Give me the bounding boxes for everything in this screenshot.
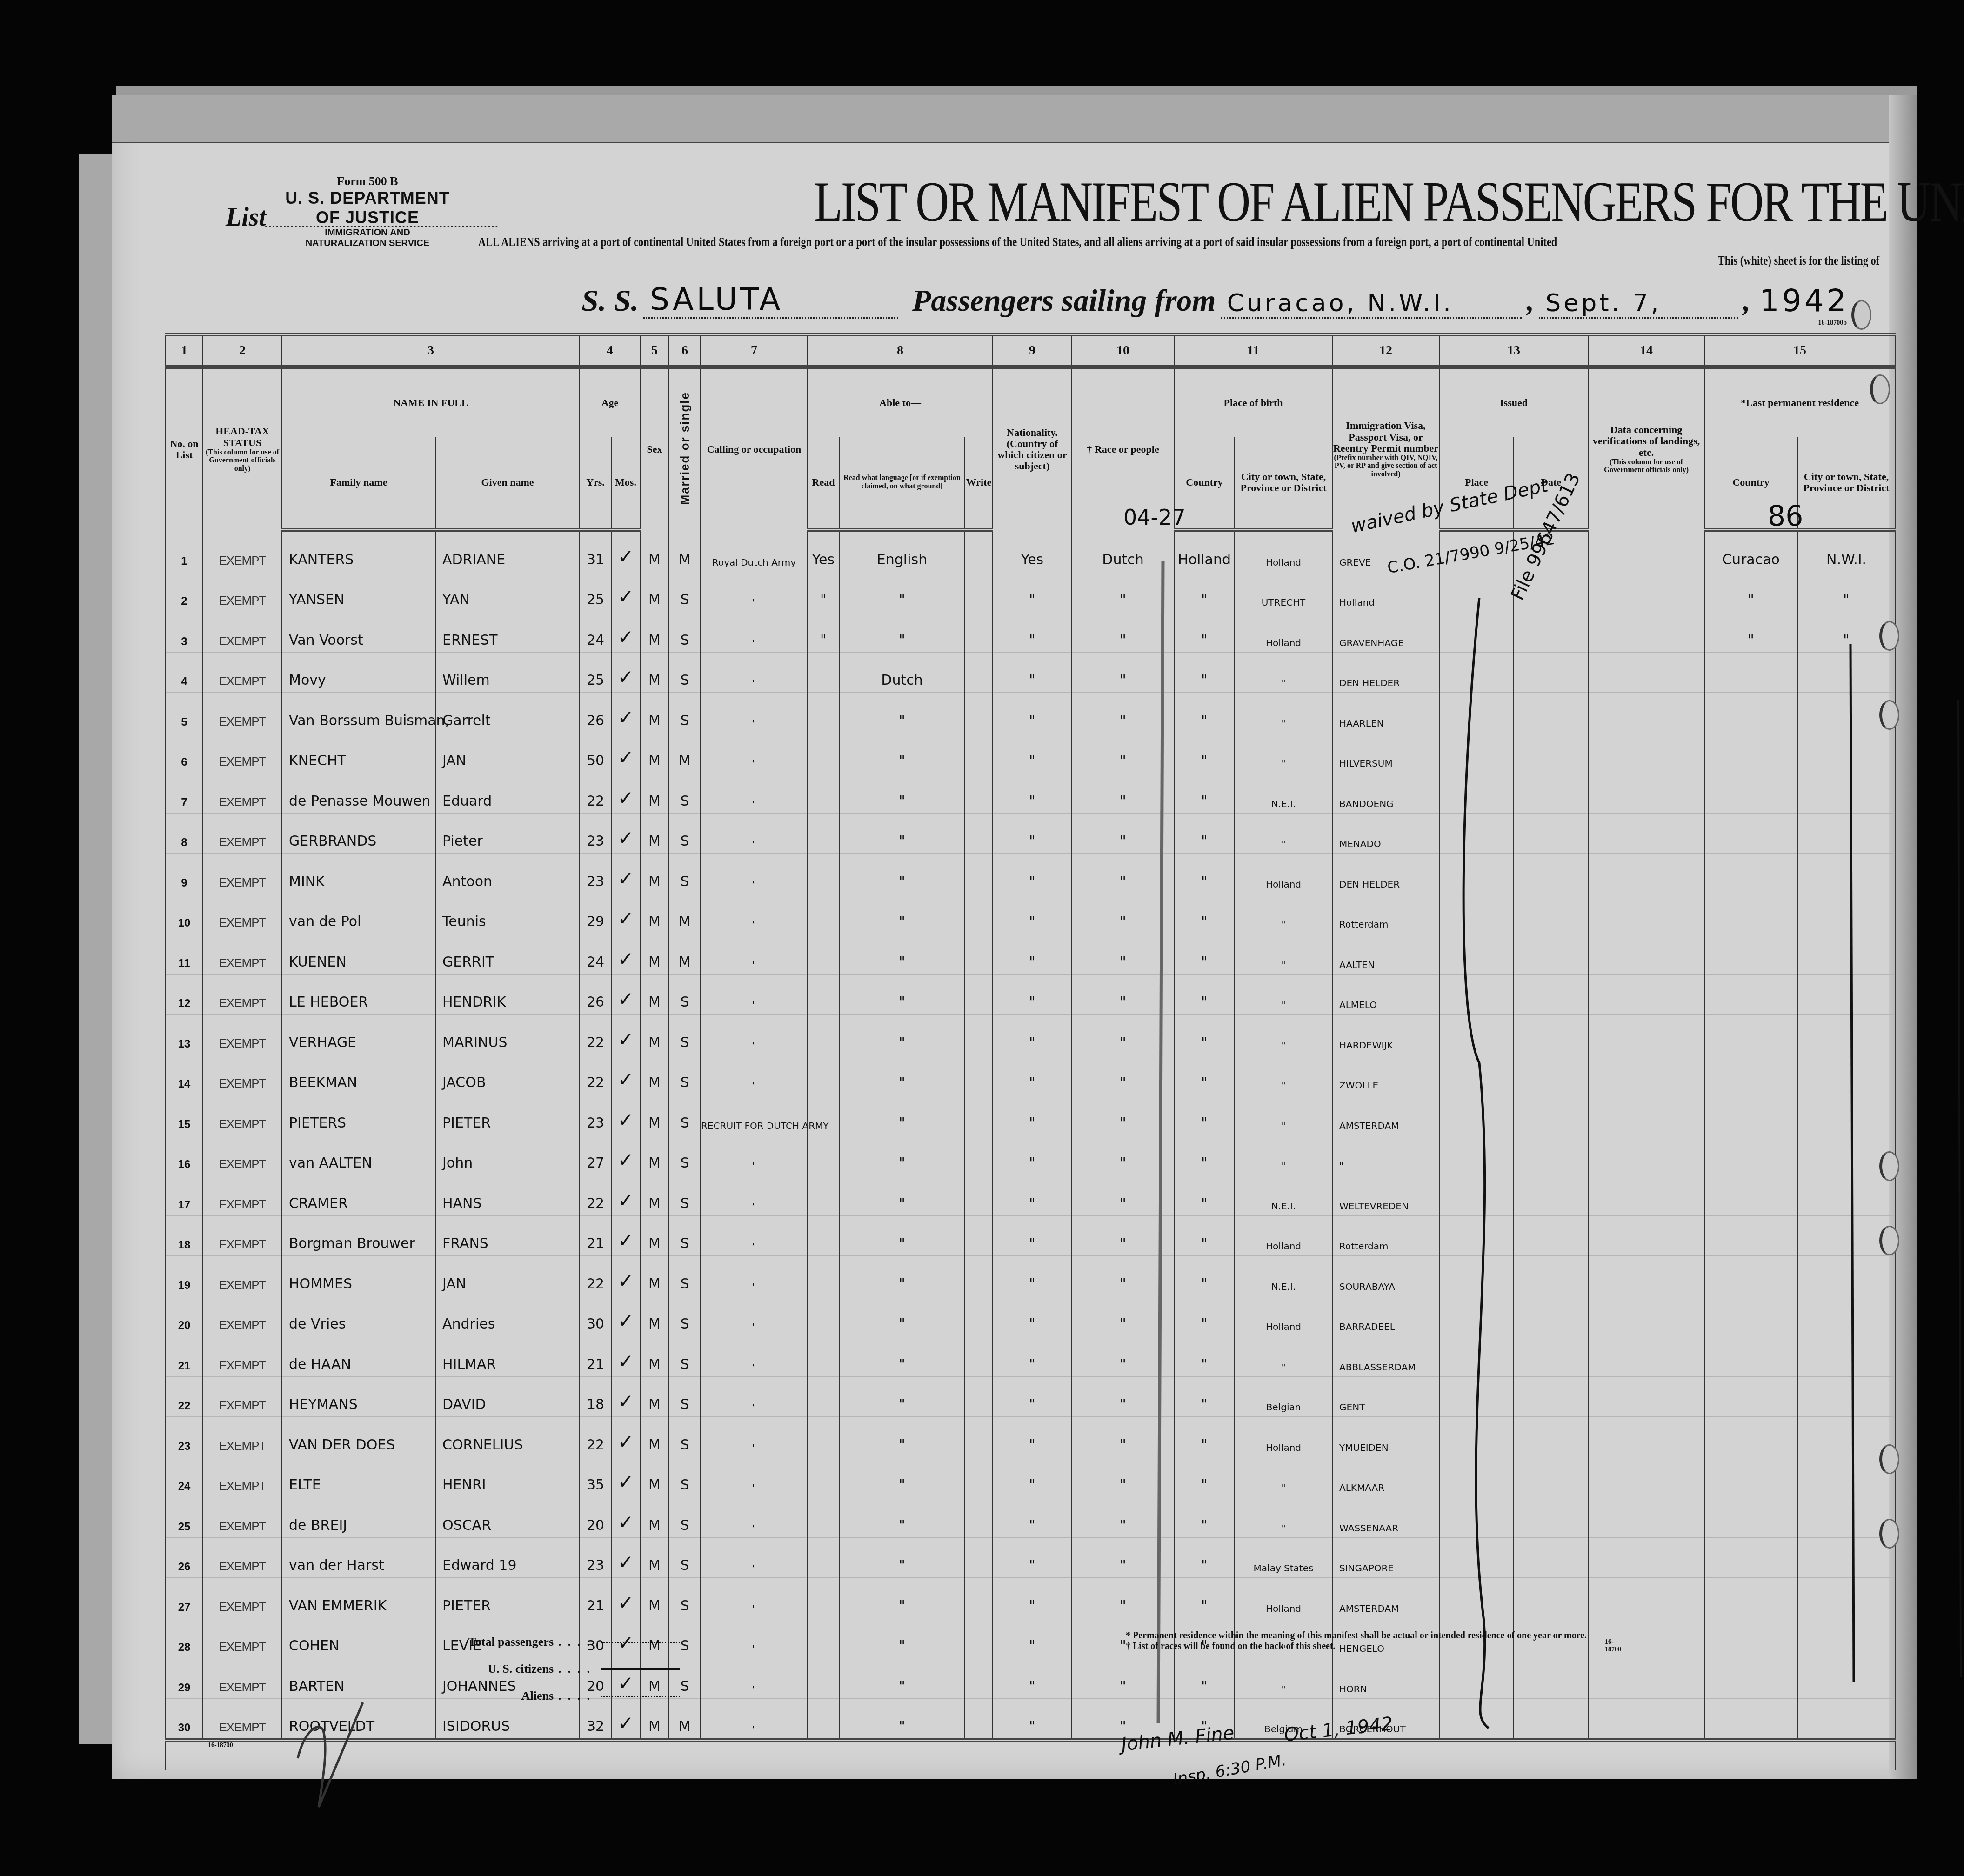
age-years[interactable]: 31	[580, 530, 611, 572]
spacer[interactable]	[965, 652, 993, 693]
head-tax-status[interactable]: EXEMPT	[203, 1618, 282, 1658]
sex[interactable]: M	[640, 1578, 669, 1618]
head-tax-status[interactable]: EXEMPT	[203, 1457, 282, 1497]
family-name[interactable]: HEYMANS	[282, 1376, 435, 1417]
can-read[interactable]: Yes	[808, 530, 839, 572]
birth-country[interactable]: Holland	[1235, 1215, 1332, 1256]
birth-country[interactable]: "	[1235, 974, 1332, 1015]
read-language[interactable]: "	[839, 1296, 965, 1336]
occupation[interactable]: "	[701, 1015, 808, 1055]
residence-country[interactable]	[1704, 974, 1797, 1015]
family-name[interactable]: de Vries	[282, 1296, 435, 1336]
can-read[interactable]: "	[808, 572, 839, 612]
residence-country[interactable]	[1704, 1095, 1797, 1135]
birth-country[interactable]: "	[1235, 934, 1332, 975]
birth-city[interactable]: Holland	[1332, 572, 1439, 612]
sex[interactable]: M	[640, 530, 669, 572]
occupation[interactable]: "	[701, 693, 808, 733]
marital-status[interactable]: S	[669, 1296, 701, 1336]
age-years[interactable]: 26	[580, 974, 611, 1015]
given-name[interactable]: YAN	[435, 572, 580, 612]
birth-city[interactable]: SINGAPORE	[1332, 1537, 1439, 1578]
occupation[interactable]: "	[701, 1537, 808, 1578]
row-number[interactable]: 19	[166, 1256, 203, 1296]
row-number[interactable]: 3	[166, 612, 203, 653]
race-or-people[interactable]: "	[1174, 1055, 1235, 1095]
issued-date[interactable]	[1588, 652, 1704, 693]
issued-place[interactable]	[1514, 854, 1588, 894]
head-tax-status[interactable]: EXEMPT	[203, 1698, 282, 1740]
birth-city[interactable]: GENT	[1332, 1376, 1439, 1417]
age-years[interactable]: 50	[580, 733, 611, 773]
issued-date[interactable]	[1588, 1336, 1704, 1377]
race-or-people[interactable]: "	[1174, 572, 1235, 612]
birth-city[interactable]: BANDOENG	[1332, 773, 1439, 814]
issued-place[interactable]	[1514, 1336, 1588, 1377]
read-language[interactable]: "	[839, 974, 965, 1015]
residence-country[interactable]	[1704, 1256, 1797, 1296]
residence-country[interactable]	[1704, 1055, 1797, 1095]
marital-status[interactable]: S	[669, 612, 701, 653]
marital-status[interactable]: M	[669, 530, 701, 572]
can-read[interactable]	[808, 693, 839, 733]
given-name[interactable]: DAVID	[435, 1376, 580, 1417]
sex[interactable]: M	[640, 813, 669, 854]
birth-city[interactable]: WELTEVREDEN	[1332, 1175, 1439, 1216]
row-number[interactable]: 21	[166, 1336, 203, 1377]
can-read[interactable]	[808, 1376, 839, 1417]
sex[interactable]: M	[640, 934, 669, 975]
can-read[interactable]	[808, 652, 839, 693]
birth-country[interactable]: "	[1235, 693, 1332, 733]
issued-place[interactable]	[1514, 1095, 1588, 1135]
row-number[interactable]: 2	[166, 572, 203, 612]
given-name[interactable]: MARINUS	[435, 1015, 580, 1055]
family-name[interactable]: de Penasse Mouwen	[282, 773, 435, 814]
can-read[interactable]	[808, 1055, 839, 1095]
given-name[interactable]: Andries	[435, 1296, 580, 1336]
spacer[interactable]	[965, 1256, 993, 1296]
read-language[interactable]: "	[839, 1215, 965, 1256]
head-tax-status[interactable]: EXEMPT	[203, 1658, 282, 1699]
family-name[interactable]: Borgman Brouwer	[282, 1215, 435, 1256]
sex[interactable]: M	[640, 894, 669, 934]
issued-place[interactable]	[1514, 1015, 1588, 1055]
residence-country[interactable]	[1704, 1537, 1797, 1578]
birth-city[interactable]: DEN HELDER	[1332, 854, 1439, 894]
can-read[interactable]	[808, 773, 839, 814]
head-tax-status[interactable]: EXEMPT	[203, 733, 282, 773]
residence-country[interactable]	[1704, 1698, 1797, 1740]
marital-status[interactable]: M	[669, 934, 701, 975]
race-or-people[interactable]: "	[1174, 1135, 1235, 1175]
family-name[interactable]: GERBRANDS	[282, 813, 435, 854]
race-or-people[interactable]: "	[1174, 1497, 1235, 1538]
row-number[interactable]: 22	[166, 1376, 203, 1417]
birth-country[interactable]: "	[1235, 1336, 1332, 1377]
issued-date[interactable]	[1588, 733, 1704, 773]
issued-place[interactable]	[1514, 1497, 1588, 1538]
given-name[interactable]: GERRIT	[435, 934, 580, 975]
can-write[interactable]: "	[993, 813, 1072, 854]
row-number[interactable]: 11	[166, 934, 203, 975]
residence-country[interactable]: "	[1704, 612, 1797, 653]
can-read[interactable]	[808, 894, 839, 934]
birth-country[interactable]: Holland	[1235, 854, 1332, 894]
age-years[interactable]: 22	[580, 1417, 611, 1457]
spacer[interactable]	[965, 1658, 993, 1699]
issued-place[interactable]	[1514, 934, 1588, 975]
spacer[interactable]	[965, 1015, 993, 1055]
marital-status[interactable]: S	[669, 1497, 701, 1538]
given-name[interactable]: Antoon	[435, 854, 580, 894]
row-number[interactable]: 5	[166, 693, 203, 733]
spacer[interactable]	[965, 1055, 993, 1095]
sex[interactable]: M	[640, 974, 669, 1015]
residence-country[interactable]	[1704, 1497, 1797, 1538]
can-write[interactable]: "	[993, 1457, 1072, 1497]
can-write[interactable]: "	[993, 1537, 1072, 1578]
list-number-field[interactable]	[265, 226, 498, 227]
issued-place[interactable]	[1514, 1215, 1588, 1256]
given-name[interactable]: OSCAR	[435, 1497, 580, 1538]
age-years[interactable]: 22	[580, 1256, 611, 1296]
sex[interactable]: M	[640, 1175, 669, 1216]
birth-city[interactable]: YMUEIDEN	[1332, 1417, 1439, 1457]
spacer[interactable]	[965, 974, 993, 1015]
family-name[interactable]: ELTE	[282, 1457, 435, 1497]
birth-country[interactable]: "	[1235, 813, 1332, 854]
row-number[interactable]: 7	[166, 773, 203, 814]
birth-city[interactable]: AMSTERDAM	[1332, 1578, 1439, 1618]
row-number[interactable]: 1	[166, 530, 203, 572]
family-name[interactable]: YANSEN	[282, 572, 435, 612]
birth-country[interactable]: "	[1235, 894, 1332, 934]
sailing-from[interactable]: Curacao, N.W.I.	[1221, 289, 1522, 319]
issued-place[interactable]	[1514, 1055, 1588, 1095]
race-or-people[interactable]: "	[1174, 1578, 1235, 1618]
can-read[interactable]	[808, 1175, 839, 1216]
read-language[interactable]: "	[839, 1015, 965, 1055]
head-tax-status[interactable]: EXEMPT	[203, 1336, 282, 1377]
can-read[interactable]	[808, 1215, 839, 1256]
spacer[interactable]	[965, 1095, 993, 1135]
can-read[interactable]	[808, 974, 839, 1015]
occupation[interactable]: "	[701, 733, 808, 773]
occupation[interactable]: "	[701, 1055, 808, 1095]
row-number[interactable]: 12	[166, 974, 203, 1015]
can-write[interactable]: "	[993, 693, 1072, 733]
age-years[interactable]: 25	[580, 652, 611, 693]
issued-date[interactable]	[1588, 894, 1704, 934]
occupation[interactable]: "	[701, 934, 808, 975]
issued-place[interactable]	[1514, 974, 1588, 1015]
can-write[interactable]: "	[993, 1135, 1072, 1175]
row-number[interactable]: 9	[166, 854, 203, 894]
family-name[interactable]: PIETERS	[282, 1095, 435, 1135]
can-read[interactable]	[808, 1256, 839, 1296]
can-write[interactable]: "	[993, 974, 1072, 1015]
can-read[interactable]	[808, 733, 839, 773]
occupation[interactable]: "	[701, 1296, 808, 1336]
residence-country[interactable]	[1704, 1336, 1797, 1377]
read-language[interactable]: "	[839, 1175, 965, 1216]
read-language[interactable]: "	[839, 1376, 965, 1417]
occupation[interactable]: "	[701, 894, 808, 934]
issued-place[interactable]	[1514, 1175, 1588, 1216]
head-tax-status[interactable]: EXEMPT	[203, 652, 282, 693]
read-language[interactable]: "	[839, 1658, 965, 1699]
can-write[interactable]: "	[993, 1497, 1072, 1538]
read-language[interactable]: "	[839, 1698, 965, 1740]
row-number[interactable]: 13	[166, 1015, 203, 1055]
issued-date[interactable]	[1588, 1537, 1704, 1578]
can-read[interactable]	[808, 1537, 839, 1578]
marital-status[interactable]: S	[669, 1578, 701, 1618]
race-or-people[interactable]: "	[1174, 854, 1235, 894]
occupation[interactable]: "	[701, 813, 808, 854]
issued-date[interactable]	[1588, 572, 1704, 612]
birth-country[interactable]: Holland	[1235, 1296, 1332, 1336]
race-or-people[interactable]: "	[1174, 1417, 1235, 1457]
family-name[interactable]: CRAMER	[282, 1175, 435, 1216]
can-write[interactable]: "	[993, 773, 1072, 814]
age-years[interactable]: 30	[580, 1296, 611, 1336]
issued-date[interactable]	[1588, 974, 1704, 1015]
issued-date[interactable]	[1588, 1055, 1704, 1095]
family-name[interactable]: VAN DER DOES	[282, 1417, 435, 1457]
marital-status[interactable]: M	[669, 894, 701, 934]
sex[interactable]: M	[640, 1055, 669, 1095]
can-write[interactable]: "	[993, 1618, 1072, 1658]
age-years[interactable]: 21	[580, 1578, 611, 1618]
age-years[interactable]: 22	[580, 773, 611, 814]
residence-country[interactable]	[1704, 1658, 1797, 1699]
spacer[interactable]	[965, 894, 993, 934]
row-number[interactable]: 14	[166, 1055, 203, 1095]
birth-country[interactable]: Holland	[1235, 1417, 1332, 1457]
issued-place[interactable]	[1514, 1296, 1588, 1336]
can-read[interactable]: "	[808, 612, 839, 653]
age-years[interactable]: 22	[580, 1175, 611, 1216]
sex[interactable]: M	[640, 572, 669, 612]
sex[interactable]: M	[640, 854, 669, 894]
row-number[interactable]: 20	[166, 1296, 203, 1336]
issued-date[interactable]	[1588, 1497, 1704, 1538]
age-years[interactable]: 35	[580, 1457, 611, 1497]
age-years[interactable]: 23	[580, 854, 611, 894]
row-number[interactable]: 17	[166, 1175, 203, 1216]
marital-status[interactable]: S	[669, 1095, 701, 1135]
birth-country[interactable]: Holland	[1235, 1578, 1332, 1618]
birth-country[interactable]: N.E.I.	[1235, 1256, 1332, 1296]
row-number[interactable]: 8	[166, 813, 203, 854]
marital-status[interactable]: M	[669, 733, 701, 773]
family-name[interactable]: KNECHT	[282, 733, 435, 773]
given-name[interactable]: Eduard	[435, 773, 580, 814]
read-language[interactable]: "	[839, 1135, 965, 1175]
read-language[interactable]: "	[839, 693, 965, 733]
given-name[interactable]: HANS	[435, 1175, 580, 1216]
marital-status[interactable]: S	[669, 1055, 701, 1095]
birth-city[interactable]: MENADO	[1332, 813, 1439, 854]
can-read[interactable]	[808, 1417, 839, 1457]
birth-city[interactable]: HILVERSUM	[1332, 733, 1439, 773]
read-language[interactable]: "	[839, 1618, 965, 1658]
us-citizens-field[interactable]	[601, 1668, 680, 1670]
given-name[interactable]: Teunis	[435, 894, 580, 934]
birth-country[interactable]: "	[1235, 1658, 1332, 1699]
sex[interactable]: M	[640, 733, 669, 773]
issued-date[interactable]	[1588, 1658, 1704, 1699]
can-read[interactable]	[808, 854, 839, 894]
issued-date[interactable]	[1588, 1457, 1704, 1497]
occupation[interactable]: "	[701, 1698, 808, 1740]
occupation[interactable]: "	[701, 1618, 808, 1658]
can-read[interactable]	[808, 1698, 839, 1740]
birth-country[interactable]: "	[1235, 1095, 1332, 1135]
birth-city[interactable]: WASSENAAR	[1332, 1497, 1439, 1538]
race-or-people[interactable]: "	[1174, 1296, 1235, 1336]
sex[interactable]: M	[640, 652, 669, 693]
issued-date[interactable]	[1588, 1135, 1704, 1175]
spacer[interactable]	[965, 1698, 993, 1740]
occupation[interactable]: "	[701, 974, 808, 1015]
spacer[interactable]	[965, 1417, 993, 1457]
age-years[interactable]: 23	[580, 1095, 611, 1135]
issued-place[interactable]	[1514, 773, 1588, 814]
birth-city[interactable]: HARDEWIJK	[1332, 1015, 1439, 1055]
age-years[interactable]: 24	[580, 934, 611, 975]
sex[interactable]: M	[640, 1336, 669, 1377]
issued-date[interactable]	[1588, 813, 1704, 854]
given-name[interactable]: Pieter	[435, 813, 580, 854]
race-or-people[interactable]: "	[1174, 1215, 1235, 1256]
race-or-people[interactable]: "	[1174, 894, 1235, 934]
read-language[interactable]: "	[839, 1336, 965, 1377]
occupation[interactable]: "	[701, 1135, 808, 1175]
head-tax-status[interactable]: EXEMPT	[203, 1417, 282, 1457]
age-years[interactable]: 26	[580, 693, 611, 733]
residence-country[interactable]	[1704, 773, 1797, 814]
can-write[interactable]: "	[993, 934, 1072, 975]
issued-place[interactable]	[1514, 693, 1588, 733]
total-passengers-field[interactable]	[601, 1642, 680, 1643]
spacer[interactable]	[965, 530, 993, 572]
family-name[interactable]: MINK	[282, 854, 435, 894]
occupation[interactable]: "	[701, 652, 808, 693]
can-write[interactable]: "	[993, 1698, 1072, 1740]
can-read[interactable]	[808, 934, 839, 975]
marital-status[interactable]: S	[669, 854, 701, 894]
sex[interactable]: M	[640, 1296, 669, 1336]
read-language[interactable]: "	[839, 1457, 965, 1497]
residence-country[interactable]: "	[1704, 572, 1797, 612]
marital-status[interactable]: S	[669, 652, 701, 693]
residence-country[interactable]	[1704, 1175, 1797, 1216]
residence-city[interactable]: N.W.I.	[1797, 530, 1895, 572]
can-write[interactable]: "	[993, 1336, 1072, 1377]
read-language[interactable]: "	[839, 1537, 965, 1578]
family-name[interactable]: van de Pol	[282, 894, 435, 934]
marital-status[interactable]: S	[669, 572, 701, 612]
head-tax-status[interactable]: EXEMPT	[203, 1376, 282, 1417]
residence-city[interactable]	[1797, 1698, 1895, 1740]
birth-country[interactable]: UTRECHT	[1235, 572, 1332, 612]
birth-country[interactable]: Malay States	[1235, 1537, 1332, 1578]
family-name[interactable]: BARTEN	[282, 1658, 435, 1699]
residence-country[interactable]	[1704, 894, 1797, 934]
age-years[interactable]: 29	[580, 894, 611, 934]
row-number[interactable]: 28	[166, 1618, 203, 1658]
marital-status[interactable]: S	[669, 813, 701, 854]
spacer[interactable]	[965, 1457, 993, 1497]
marital-status[interactable]: S	[669, 1457, 701, 1497]
spacer[interactable]	[965, 733, 993, 773]
head-tax-status[interactable]: EXEMPT	[203, 1135, 282, 1175]
birth-city[interactable]: Rotterdam	[1332, 1215, 1439, 1256]
race-or-people[interactable]: "	[1174, 1457, 1235, 1497]
issued-date[interactable]	[1588, 1417, 1704, 1457]
can-read[interactable]	[808, 1015, 839, 1055]
race-or-people[interactable]: "	[1174, 934, 1235, 975]
head-tax-status[interactable]: EXEMPT	[203, 612, 282, 653]
head-tax-status[interactable]: EXEMPT	[203, 773, 282, 814]
can-write[interactable]: "	[993, 1658, 1072, 1699]
race-or-people[interactable]: "	[1174, 1095, 1235, 1135]
spacer[interactable]	[965, 773, 993, 814]
issued-date[interactable]	[1588, 612, 1704, 653]
occupation[interactable]: "	[701, 773, 808, 814]
read-language[interactable]: Dutch	[839, 652, 965, 693]
issued-date[interactable]	[1588, 1578, 1704, 1618]
given-name[interactable]: Edward 19	[435, 1537, 580, 1578]
spacer[interactable]	[965, 813, 993, 854]
read-language[interactable]: "	[839, 813, 965, 854]
age-years[interactable]: 21	[580, 1215, 611, 1256]
family-name[interactable]: KUENEN	[282, 934, 435, 975]
residence-country[interactable]	[1704, 1015, 1797, 1055]
residence-country[interactable]: Curacao	[1704, 530, 1797, 572]
read-language[interactable]: "	[839, 773, 965, 814]
birth-country[interactable]: "	[1235, 652, 1332, 693]
birth-city[interactable]: BARRADEEL	[1332, 1296, 1439, 1336]
read-language[interactable]: "	[839, 612, 965, 653]
row-number[interactable]: 16	[166, 1135, 203, 1175]
sex[interactable]: M	[640, 1215, 669, 1256]
age-years[interactable]: 24	[580, 612, 611, 653]
spacer[interactable]	[965, 1336, 993, 1377]
birth-country[interactable]: "	[1235, 1135, 1332, 1175]
read-language[interactable]: "	[839, 1095, 965, 1135]
read-language[interactable]: "	[839, 934, 965, 975]
given-name[interactable]: ERNEST	[435, 612, 580, 653]
issued-date[interactable]	[1588, 693, 1704, 733]
spacer[interactable]	[965, 1497, 993, 1538]
age-years[interactable]: 25	[580, 572, 611, 612]
age-years[interactable]: 21	[580, 1336, 611, 1377]
ship-name[interactable]: SALUTA	[643, 281, 898, 319]
issued-date[interactable]	[1588, 530, 1704, 572]
race-or-people[interactable]: "	[1174, 693, 1235, 733]
can-read[interactable]	[808, 1135, 839, 1175]
birth-city[interactable]: AMSTERDAM	[1332, 1095, 1439, 1135]
spacer[interactable]	[965, 934, 993, 975]
read-language[interactable]: English	[839, 530, 965, 572]
read-language[interactable]: "	[839, 894, 965, 934]
sex[interactable]: M	[640, 1376, 669, 1417]
row-number[interactable]: 10	[166, 894, 203, 934]
